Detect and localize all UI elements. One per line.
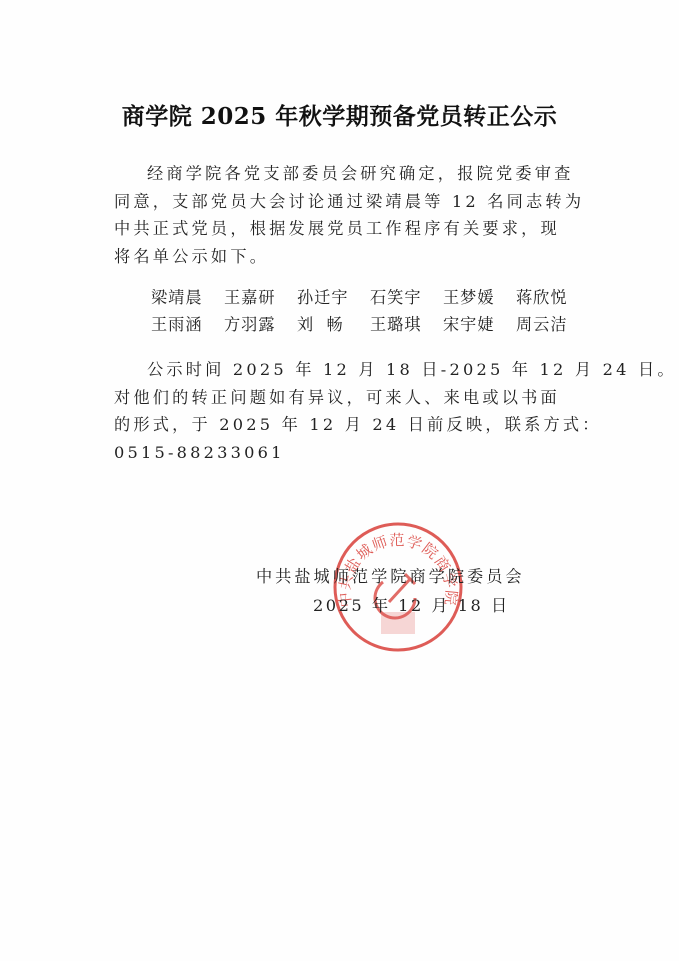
signature-date: 2025 年 12 月 18 日 bbox=[313, 592, 510, 616]
name-item: 刘 畅 bbox=[297, 311, 370, 338]
notice-paragraph: 公示时间 2025 年 12 月 18 日-2025 年 12 月 24 日。 … bbox=[114, 356, 584, 466]
intro-paragraph: 经商学院各党支部委员会研究确定，报院党委审查 同意，支部党员大会讨论通过梁靖晨等… bbox=[114, 160, 584, 270]
name-item: 蒋欣悦 bbox=[516, 284, 589, 311]
name-item: 方羽露 bbox=[224, 311, 297, 338]
name-row: 梁靖晨 王嘉研 孙迁宇 石笑宇 王梦媛 蒋欣悦 bbox=[151, 284, 591, 311]
name-item: 孙迁宇 bbox=[297, 284, 370, 311]
paragraph-line: 经商学院各党支部委员会研究确定，报院党委审查 bbox=[114, 160, 584, 188]
name-list: 梁靖晨 王嘉研 孙迁宇 石笑宇 王梦媛 蒋欣悦 王雨涵 方羽露 刘 畅 王璐琪 … bbox=[151, 284, 591, 338]
signature-organization: 中共盐城师范学院商学院委员会 bbox=[256, 563, 525, 587]
paragraph-line: 公示时间 2025 年 12 月 18 日-2025 年 12 月 24 日。 bbox=[114, 356, 584, 384]
official-seal-icon: 中共盐城师范学院商学院委员会 bbox=[331, 520, 465, 654]
name-item: 王璐琪 bbox=[370, 311, 443, 338]
name-item: 宋宇婕 bbox=[443, 311, 516, 338]
name-row: 王雨涵 方羽露 刘 畅 王璐琪 宋宇婕 周云洁 bbox=[151, 311, 591, 338]
contact-phone: 0515-88233061 bbox=[114, 439, 584, 467]
name-item: 石笑宇 bbox=[370, 284, 443, 311]
paragraph-line: 对他们的转正问题如有异议，可来人、来电或以书面 bbox=[114, 384, 584, 412]
page-title: 商学院 2025 年秋学期预备党员转正公示 bbox=[0, 98, 679, 131]
name-item: 王嘉研 bbox=[224, 284, 297, 311]
paragraph-line: 中共正式党员，根据发展党员工作程序有关要求，现 bbox=[114, 215, 584, 243]
name-item: 王雨涵 bbox=[151, 311, 224, 338]
paragraph-line: 同意，支部党员大会讨论通过梁靖晨等 12 名同志转为 bbox=[114, 188, 584, 216]
name-item: 王梦媛 bbox=[443, 284, 516, 311]
name-item: 梁靖晨 bbox=[151, 284, 224, 311]
paragraph-line: 的形式，于 2025 年 12 月 24 日前反映，联系方式： bbox=[114, 411, 584, 439]
name-item: 周云洁 bbox=[516, 311, 589, 338]
paragraph-line: 将名单公示如下。 bbox=[114, 243, 584, 271]
document-page: 商学院 2025 年秋学期预备党员转正公示 经商学院各党支部委员会研究确定，报院… bbox=[0, 0, 679, 961]
